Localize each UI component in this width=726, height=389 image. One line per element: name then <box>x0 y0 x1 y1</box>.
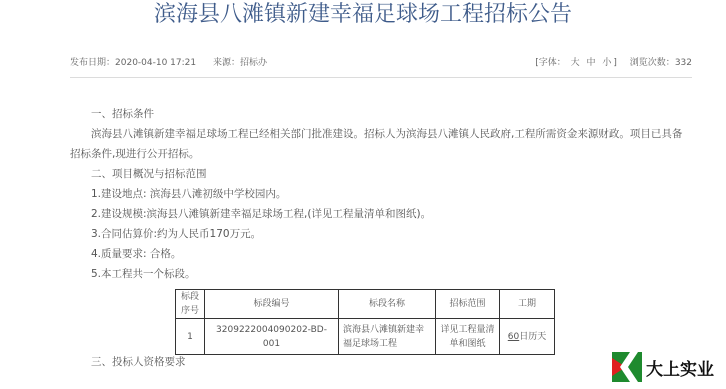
cell-code: 3209222004090202-BD-001 <box>205 319 339 355</box>
meta-left: 发布日期：2020-04-10 17:21 来源：招标办 <box>70 56 281 70</box>
section-body-1: 滨海县八滩镇新建幸福足球场工程已经相关部门批准建设。招标人为滨海县八滩镇人民政府… <box>70 124 692 164</box>
font-small-button[interactable]: 小 <box>602 58 611 68</box>
header-period: 工期 <box>500 290 555 319</box>
header-name: 标段名称 <box>339 290 436 319</box>
table-header-row: 标段序号 标段编号 标段名称 招标范围 工期 <box>176 290 555 319</box>
font-label-close: ] <box>613 58 617 68</box>
publish-label: 发布日期： <box>70 58 115 68</box>
period-unit: 日历天 <box>519 332 546 342</box>
header-code: 标段编号 <box>205 290 339 319</box>
article-meta-bar: 发布日期：2020-04-10 17:21 来源：招标办 [字体： 大 中 小]… <box>70 56 692 70</box>
source: 来源：招标办 <box>213 58 267 68</box>
font-medium-button[interactable]: 中 <box>587 58 596 68</box>
list-item: 1.建设地点: 滨海县八滩初级中学校园内。 <box>70 184 692 204</box>
font-label-open: [字体： <box>535 58 566 68</box>
brand-logo-icon <box>612 352 642 382</box>
cell-seq: 1 <box>176 319 205 355</box>
cell-name: 滨海县八滩镇新建幸福足球场工程 <box>339 319 436 355</box>
source-value: 招标办 <box>240 58 267 68</box>
publish-value: 2020-04-10 17:21 <box>115 58 196 68</box>
font-size-control: [字体： 大 中 小] <box>535 58 620 68</box>
page-title: 滨海县八滩镇新建幸福足球场工程招标公告 <box>0 0 726 30</box>
meta-divider <box>70 77 692 78</box>
source-label: 来源： <box>213 58 240 68</box>
views-label: 浏览次数： <box>630 58 675 68</box>
list-item: 3.合同估算价:约为人民币170万元。 <box>70 224 692 244</box>
meta-right: [字体： 大 中 小] 浏览次数：332 <box>535 56 692 70</box>
table-row: 1 3209222004090202-BD-001 滨海县八滩镇新建幸福足球场工… <box>176 319 555 355</box>
header-scope: 招标范围 <box>436 290 500 319</box>
article-body: 一、招标条件 滨海县八滩镇新建幸福足球场工程已经相关部门批准建设。招标人为滨海县… <box>70 104 692 284</box>
view-count: 浏览次数：332 <box>630 58 692 68</box>
cell-scope: 详见工程量清单和图纸 <box>436 319 500 355</box>
section-heading-2: 二、项目概况与招标范围 <box>70 164 692 184</box>
bid-section-table: 标段序号 标段编号 标段名称 招标范围 工期 1 320922200409020… <box>175 289 555 355</box>
list-item: 5.本工程共一个标段。 <box>70 264 692 284</box>
publish-date: 发布日期：2020-04-10 17:21 <box>70 58 196 68</box>
section-heading-1: 一、招标条件 <box>70 104 692 124</box>
header-seq: 标段序号 <box>176 290 205 319</box>
watermark-logo: 大上实业 <box>612 352 714 382</box>
list-item: 2.建设规模:滨海县八滩镇新建幸福足球场工程,(详见工程量清单和图纸)。 <box>70 204 692 224</box>
list-item: 4.质量要求: 合格。 <box>70 244 692 264</box>
cell-period: 60日历天 <box>500 319 555 355</box>
brand-name: 大上实业 <box>646 355 714 380</box>
views-value: 332 <box>675 58 692 68</box>
period-number: 60 <box>508 332 519 342</box>
section-heading-3: 三、投标人资格要求 <box>91 352 186 372</box>
font-large-button[interactable]: 大 <box>571 58 580 68</box>
